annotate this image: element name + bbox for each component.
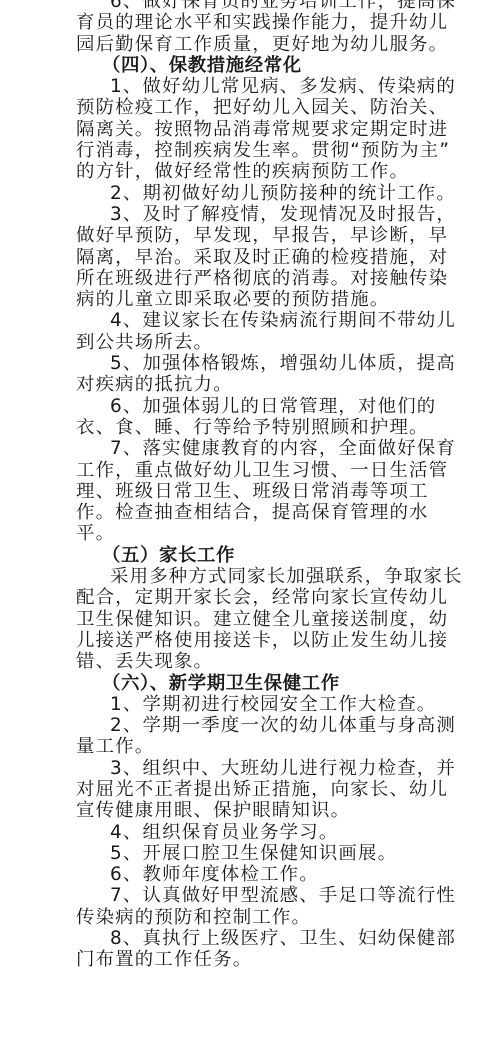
text-line: 工作，重点做好幼儿卫生习惯、一日生活管	[76, 460, 426, 481]
text-line: 2、学期一季度一次的幼儿体重与身高测	[76, 715, 426, 736]
paragraph: 4、建议家长在传染病流行期间不带幼儿到公共场所去。	[76, 310, 426, 353]
paragraph: 6、做好保育员的业务培训工作，提高保育员的理论水平和实践操作能力，提升幼儿园后勤…	[76, 0, 426, 55]
text-line: 园后勤保育工作质量，更好地为幼儿服务。	[76, 34, 426, 55]
document-page: 6、做好保育员的业务培训工作，提高保育员的理论水平和实践操作能力，提升幼儿园后勤…	[76, 0, 426, 971]
text-line: 4、建议家长在传染病流行期间不带幼儿	[76, 310, 426, 331]
text-line: 3、组织中、大班幼儿进行视力检查，并	[76, 758, 426, 779]
text-line: 7、认真做好甲型流感、手足口等流行性	[76, 885, 426, 906]
text-line: 8、真执行上级医疗、卫生、妇幼保健部	[76, 928, 426, 949]
text-line: 预防检疫工作，把好幼儿入园关、防治关、	[76, 97, 426, 118]
paragraph: 8、真执行上级医疗、卫生、妇幼保健部门布置的工作任务。	[76, 928, 426, 971]
text-line: 育员的理论水平和实践操作能力，提升幼儿	[76, 12, 426, 33]
text-line: 量工作。	[76, 736, 426, 757]
text-line: 对疾病的抵抗力。	[76, 374, 426, 395]
paragraph: 4、组织保育员业务学习。	[76, 822, 426, 843]
text-line: 病的儿童立即采取必要的预防措施。	[76, 289, 426, 310]
text-line: 1、学期初进行校园安全工作大检查。	[76, 694, 426, 715]
text-line: 平。	[76, 523, 426, 544]
text-line: 所在班级进行严格彻底的消毒。对接触传染	[76, 268, 426, 289]
paragraph: 7、认真做好甲型流感、手足口等流行性传染病的预防和控制工作。	[76, 885, 426, 928]
text-line: 做好早预防，早发现，早报告，早诊断，早	[76, 225, 426, 246]
section-heading: （五）家长工作	[76, 545, 426, 566]
paragraph: 5、开展口腔卫生保健知识画展。	[76, 843, 426, 864]
paragraph: 6、加强体弱儿的日常管理，对他们的衣、食、睡、行等给予特别照顾和护理。	[76, 396, 426, 439]
text-line: 6、教师年度体检工作。	[76, 864, 426, 885]
text-line: 5、加强体格锻炼，增强幼儿体质，提高	[76, 353, 426, 374]
text-line: 卫生保健知识。建立健全儿童接送制度，幼	[76, 609, 426, 630]
text-line: 错、丢失现象。	[76, 651, 426, 672]
text-line: 到公共场所去。	[76, 332, 426, 353]
text-line: 采用多种方式同家长加强联系，争取家长	[76, 566, 426, 587]
paragraph: 3、组织中、大班幼儿进行视力检查，并对屈光不正者提出矫正措施，向家长、幼儿宣传健…	[76, 758, 426, 822]
section-heading: （四）、保教措施经常化	[76, 55, 426, 76]
paragraph: 2、学期一季度一次的幼儿体重与身高测量工作。	[76, 715, 426, 758]
paragraph: 3、及时了解疫情，发现情况及时报告，做好早预防，早发现，早报告，早诊断，早隔离，…	[76, 204, 426, 310]
paragraph: 采用多种方式同家长加强联系，争取家长配合，定期开家长会，经常向家长宣传幼儿卫生保…	[76, 566, 426, 672]
text-line: 2、期初做好幼儿预防接种的统计工作。	[76, 183, 426, 204]
text-line: 3、及时了解疫情，发现情况及时报告，	[76, 204, 426, 225]
text-line: 作。检查抽查相结合，提高保育管理的水	[76, 502, 426, 523]
text-line: 宣传健康用眼、保护眼睛知识。	[76, 800, 426, 821]
text-line: 5、开展口腔卫生保健知识画展。	[76, 843, 426, 864]
text-line: 的方针，做好经常性的疾病预防工作。	[76, 161, 426, 182]
text-line: 6、加强体弱儿的日常管理，对他们的	[76, 396, 426, 417]
text-line: 传染病的预防和控制工作。	[76, 907, 426, 928]
text-line: 7、落实健康教育的内容，全面做好保育	[76, 438, 426, 459]
text-line: 1、做好幼儿常见病、多发病、传染病的	[76, 76, 426, 97]
text-line: 配合，定期开家长会，经常向家长宣传幼儿	[76, 587, 426, 608]
text-line: 隔离，早治。采取及时正确的检疫措施，对	[76, 247, 426, 268]
paragraph: 1、学期初进行校园安全工作大检查。	[76, 694, 426, 715]
text-line: 隔离关。按照物品消毒常规要求定期定时进	[76, 119, 426, 140]
text-line: 对屈光不正者提出矫正措施，向家长、幼儿	[76, 779, 426, 800]
text-line: 衣、食、睡、行等给予特别照顾和护理。	[76, 417, 426, 438]
paragraph: 6、教师年度体检工作。	[76, 864, 426, 885]
text-line: 儿接送严格使用接送卡，以防止发生幼儿接	[76, 630, 426, 651]
paragraph: 5、加强体格锻炼，增强幼儿体质，提高对疾病的抵抗力。	[76, 353, 426, 396]
paragraph: 7、落实健康教育的内容，全面做好保育工作，重点做好幼儿卫生习惯、一日生活管理、班…	[76, 438, 426, 544]
paragraph: 2、期初做好幼儿预防接种的统计工作。	[76, 183, 426, 204]
text-line: 6、做好保育员的业务培训工作，提高保	[76, 0, 426, 12]
paragraph: 1、做好幼儿常见病、多发病、传染病的预防检疫工作，把好幼儿入园关、防治关、隔离关…	[76, 76, 426, 182]
text-line: 4、组织保育员业务学习。	[76, 822, 426, 843]
text-line: 理、班级日常卫生、班级日常消毒等项工	[76, 481, 426, 502]
text-line: 行消毒，控制疾病发生率。贯彻“预防为主”	[76, 140, 426, 161]
section-heading: （六）、新学期卫生保健工作	[76, 673, 426, 694]
text-line: 门布置的工作任务。	[76, 949, 426, 970]
